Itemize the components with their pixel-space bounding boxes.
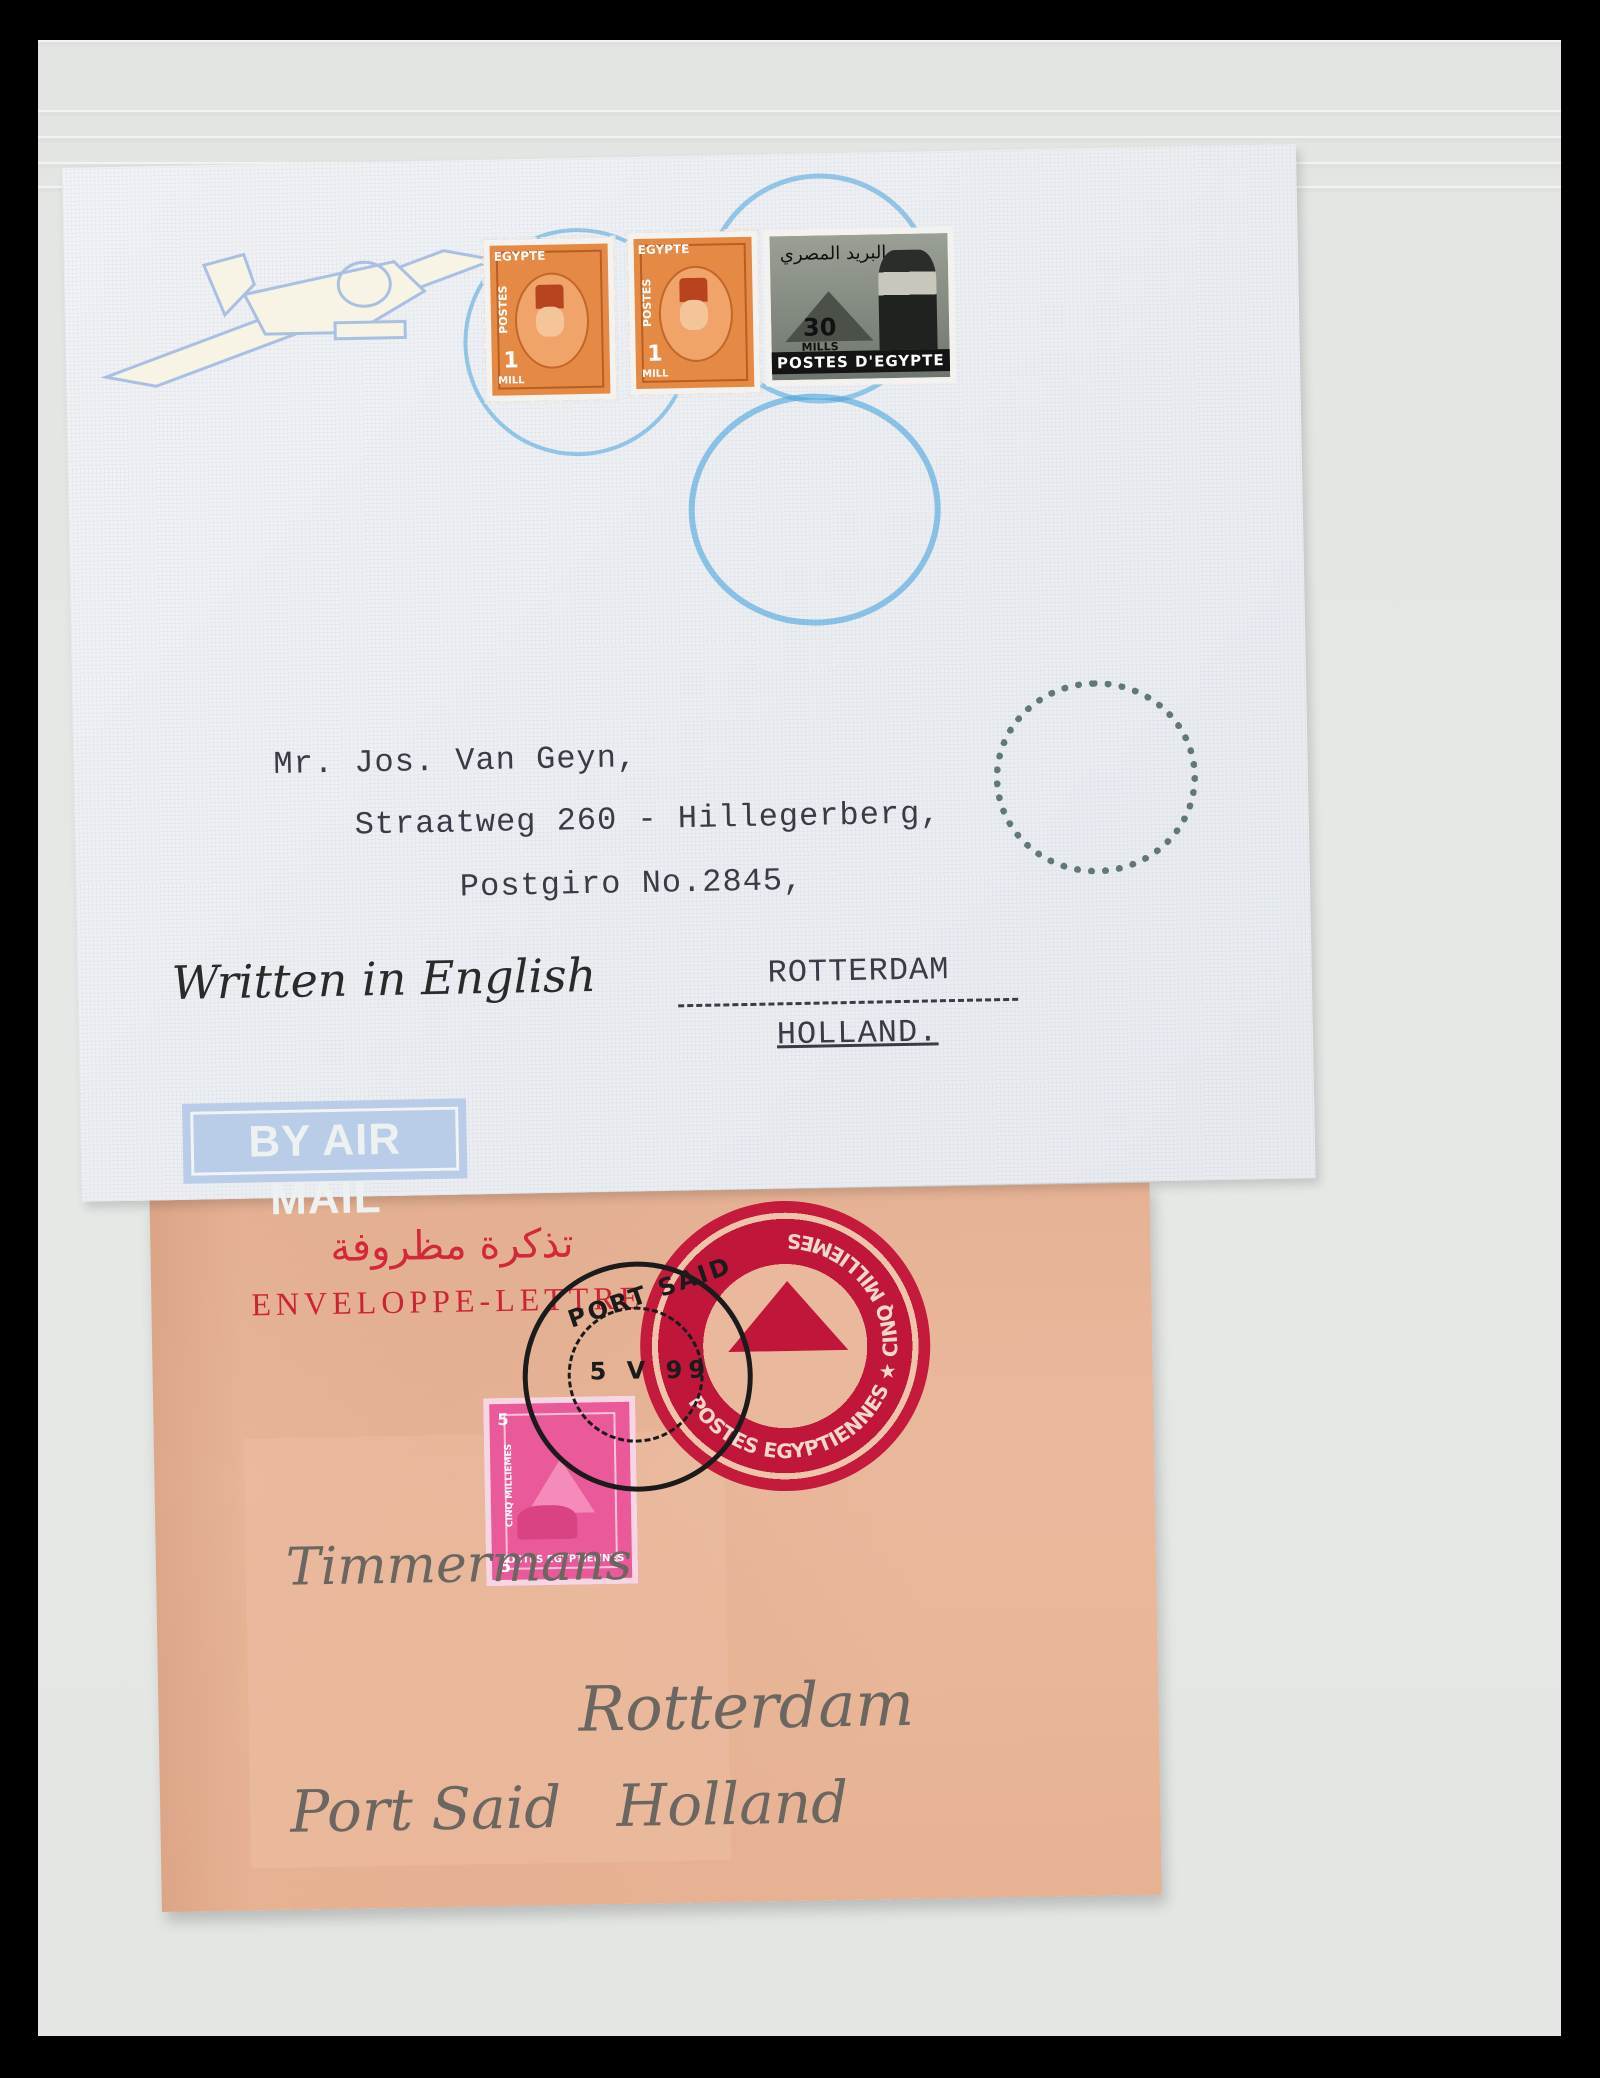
handwritten-origin-country: Port Said Holland [290,1768,849,1846]
handwritten-note: Written in English [171,948,597,1010]
handwritten-city: Rotterdam [578,1667,915,1746]
address-country: HOLLAND. [776,1013,938,1053]
address-line-street: Straatweg 260 - Hillegerberg, [354,795,940,843]
handwritten-name: Timmermans [285,1532,632,1598]
address-city: ROTTERDAM [767,951,950,991]
address-separator [678,998,1018,1008]
one-mill-stamp: EGYPTE POSTES 1MILL [627,231,760,395]
album-groove [38,110,1561,112]
by-air-mail-etiquette: BY AIR MAIL [190,1107,459,1176]
blue-cancel [686,391,942,628]
arrival-postmark [992,678,1200,876]
airmail-cover: EGYPTE POSTES 1MILL EGYPTE POSTES 1MILL … [62,144,1316,1201]
airplane-icon [93,219,516,397]
thirty-mills-stamp: البريد المصري 30MILLS POSTES D'EGYPTE [763,227,956,387]
album-groove [38,136,1561,138]
one-mill-stamp: EGYPTE POSTES 1MILL [483,237,616,401]
king-farouk-portrait [878,249,938,350]
page-edge [38,40,1561,42]
envelope-fold [150,1199,252,1912]
address-line-name: Mr. Jos. Van Geyn, [273,739,637,783]
address-line-postgiro: Postgiro No.2845, [460,862,804,906]
arabic-title: تذكرة مظروفة [330,1221,574,1271]
enveloppe-lettre-cover: تذكرة مظروفة ENVELOPPE-LETTRE POSTES EGY… [150,1183,1162,1912]
